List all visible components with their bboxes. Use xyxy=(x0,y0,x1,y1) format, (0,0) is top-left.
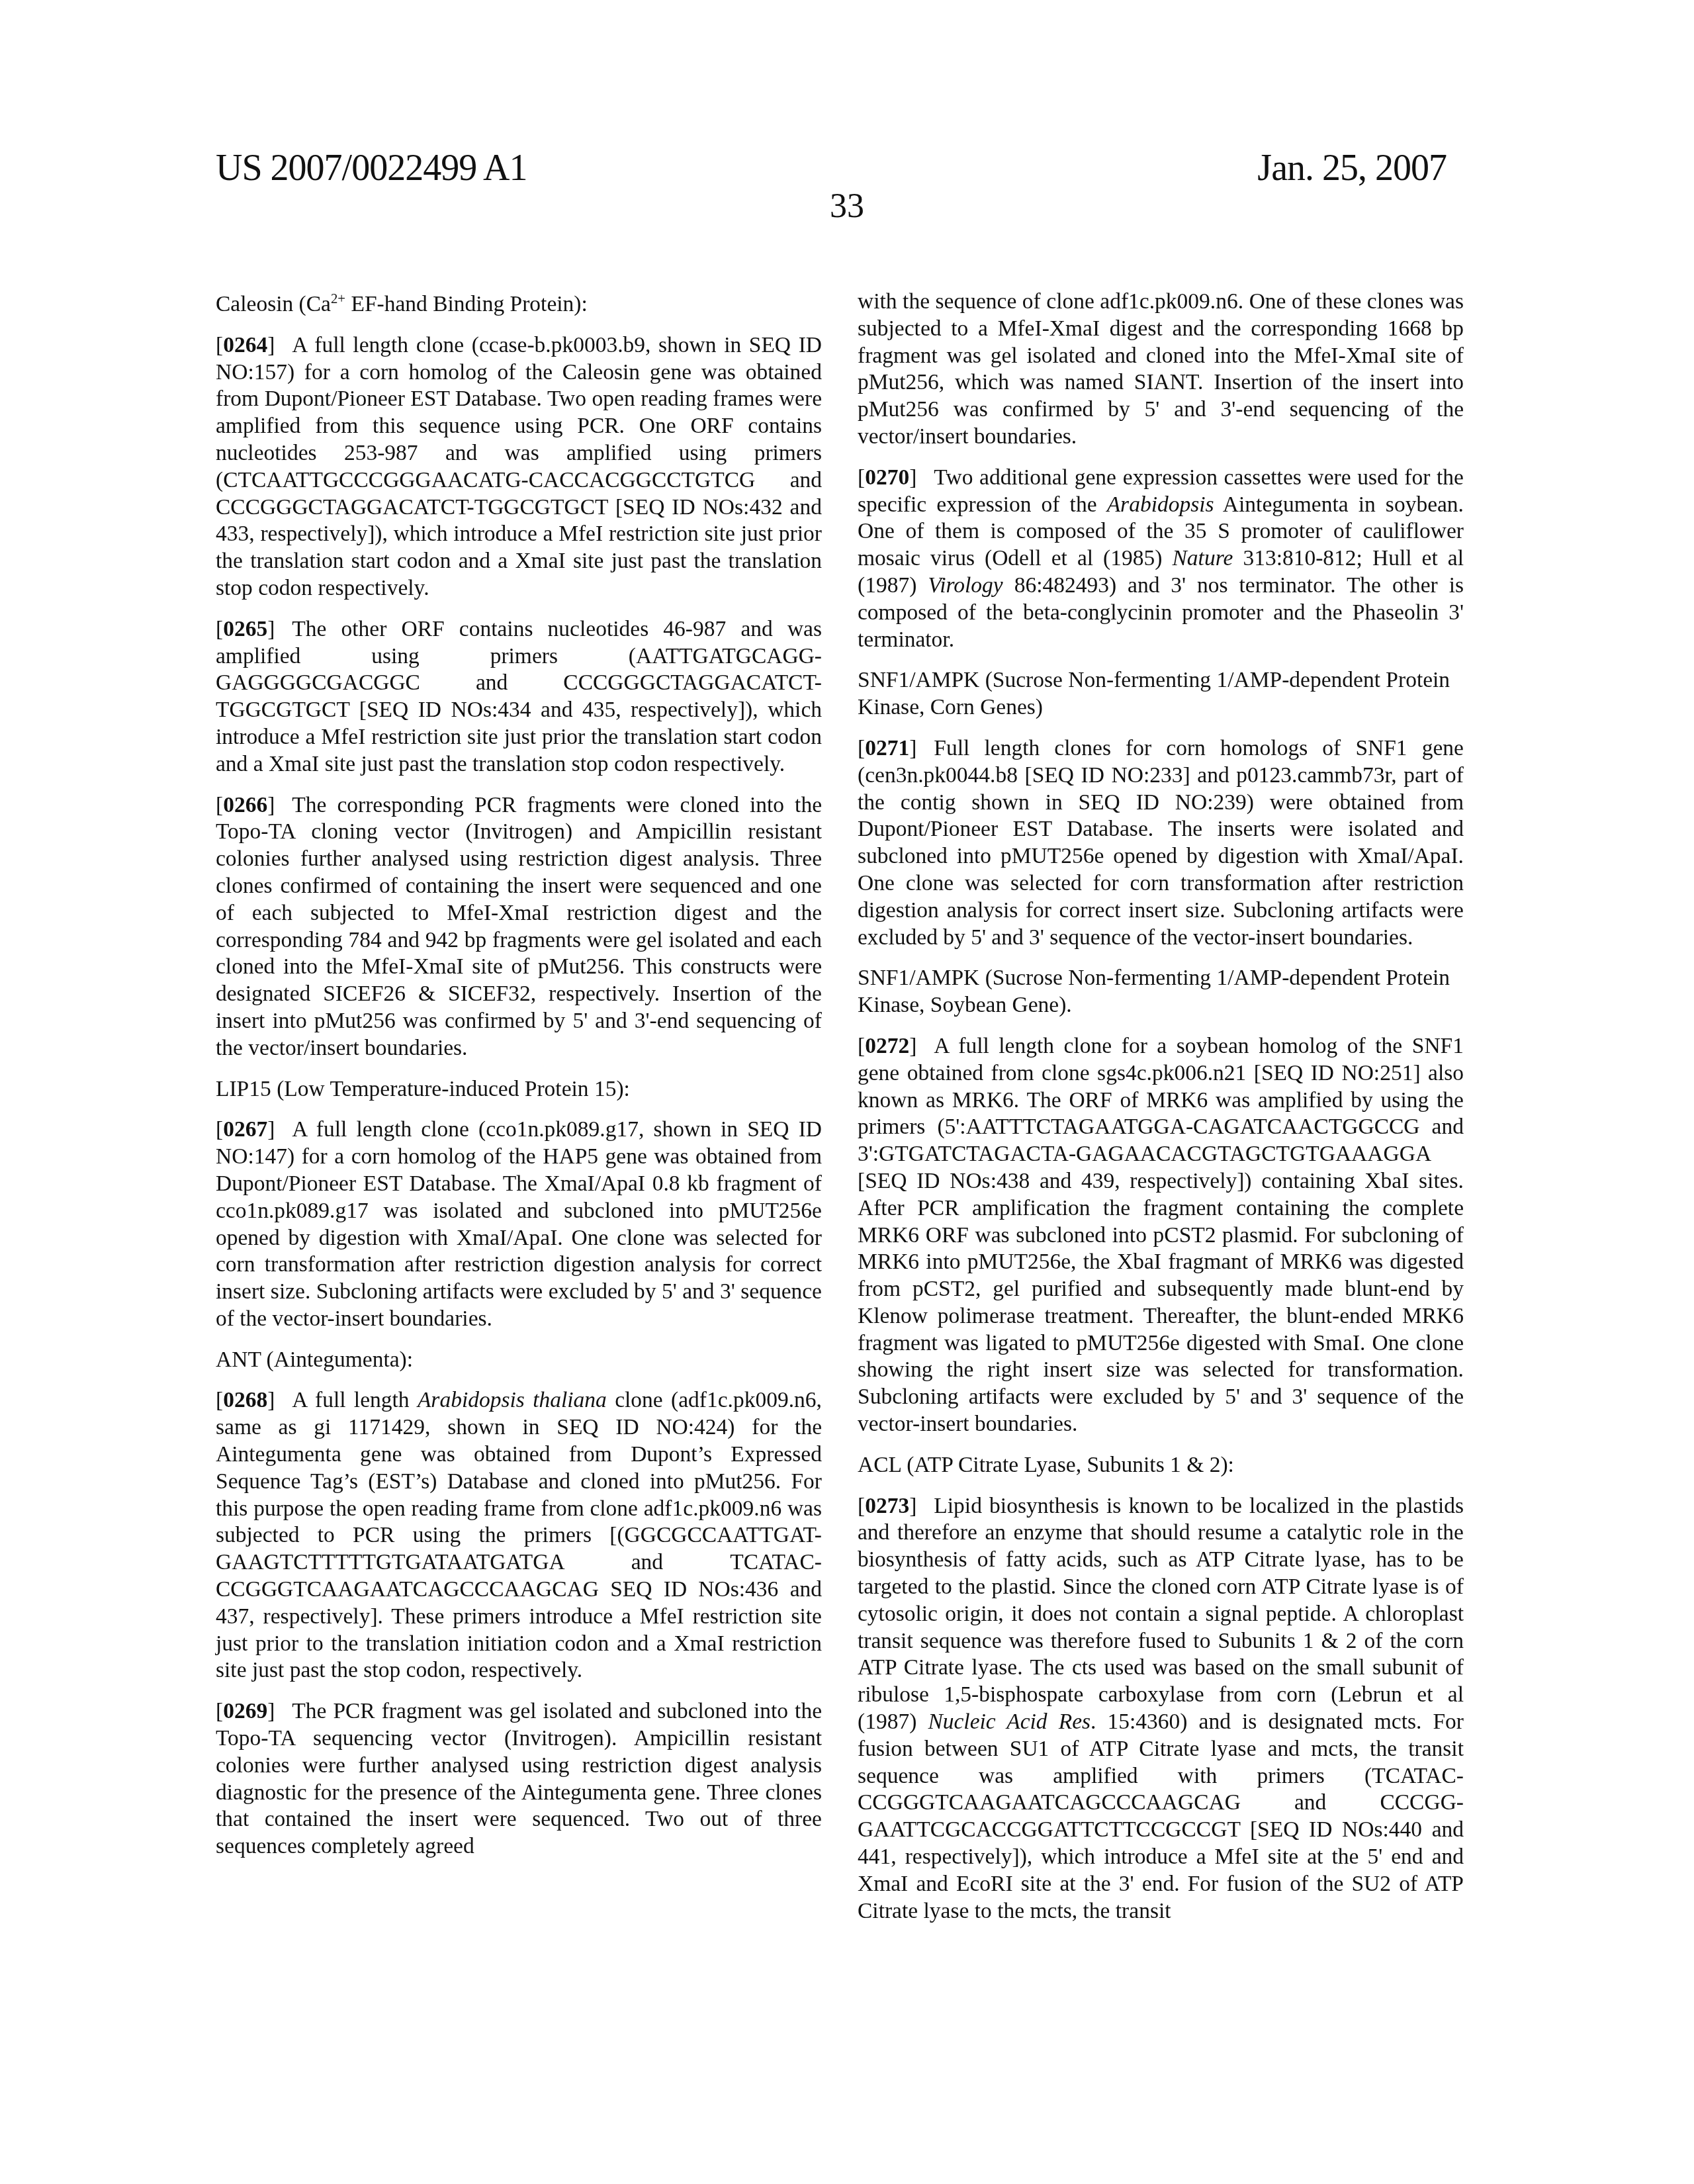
left-column: Caleosin (Ca2+ EF-hand Binding Protein):… xyxy=(216,291,822,1874)
section-heading-snf1-corn: SNF1/AMPK (Sucrose Non-fermenting 1/AMP-… xyxy=(858,667,1464,721)
paragraph-number: [0269] xyxy=(216,1699,275,1723)
paragraph-0267: [0267]A full length clone (cco1n.pk089.g… xyxy=(216,1116,822,1332)
right-column: with the sequence of clone adf1c.pk009.n… xyxy=(858,289,1464,1938)
paragraph-number: [0268] xyxy=(216,1388,275,1412)
section-heading-lip15: LIP15 (Low Temperature-induced Protein 1… xyxy=(216,1076,822,1103)
section-heading-ant: ANT (Aintegumenta): xyxy=(216,1347,822,1374)
paragraph-number: [0271] xyxy=(858,736,916,760)
paragraph-number: [0270] xyxy=(858,465,916,490)
paragraph-number: [0264] xyxy=(216,333,275,357)
paragraph-0266: [0266]The corresponding PCR fragments we… xyxy=(216,792,822,1062)
paragraph-0269-continued: with the sequence of clone adf1c.pk009.n… xyxy=(858,289,1464,451)
section-heading-acl: ACL (ATP Citrate Lyase, Subunits 1 & 2): xyxy=(858,1452,1464,1479)
paragraph-0271: [0271]Full length clones for corn homolo… xyxy=(858,735,1464,951)
paragraph-number: [0265] xyxy=(216,617,275,641)
paragraph-0273: [0273]Lipid biosynthesis is known to be … xyxy=(858,1493,1464,1925)
page-number: 33 xyxy=(0,187,1694,226)
paragraph-0270: [0270]Two additional gene expression cas… xyxy=(858,465,1464,654)
paragraph-0264: [0264]A full length clone (ccase-b.pk000… xyxy=(216,332,822,602)
paragraph-number: [0267] xyxy=(216,1117,275,1142)
paragraph-0272: [0272]A full length clone for a soybean … xyxy=(858,1033,1464,1438)
paragraph-0265: [0265]The other ORF contains nucleotides… xyxy=(216,616,822,778)
publication-date: Jan. 25, 2007 xyxy=(1257,147,1447,189)
publication-number: US 2007/0022499 A1 xyxy=(216,147,527,189)
paragraph-0268: [0268]A full length Arabidopsis thaliana… xyxy=(216,1387,822,1684)
section-heading-caleosin: Caleosin (Ca2+ EF-hand Binding Protein): xyxy=(216,291,822,318)
paragraph-number: [0266] xyxy=(216,793,275,817)
paragraph-number: [0273] xyxy=(858,1494,916,1518)
paragraph-0269: [0269]The PCR fragment was gel isolated … xyxy=(216,1698,822,1860)
paragraph-number: [0272] xyxy=(858,1034,916,1058)
section-heading-snf1-soybean: SNF1/AMPK (Sucrose Non-fermenting 1/AMP-… xyxy=(858,965,1464,1019)
